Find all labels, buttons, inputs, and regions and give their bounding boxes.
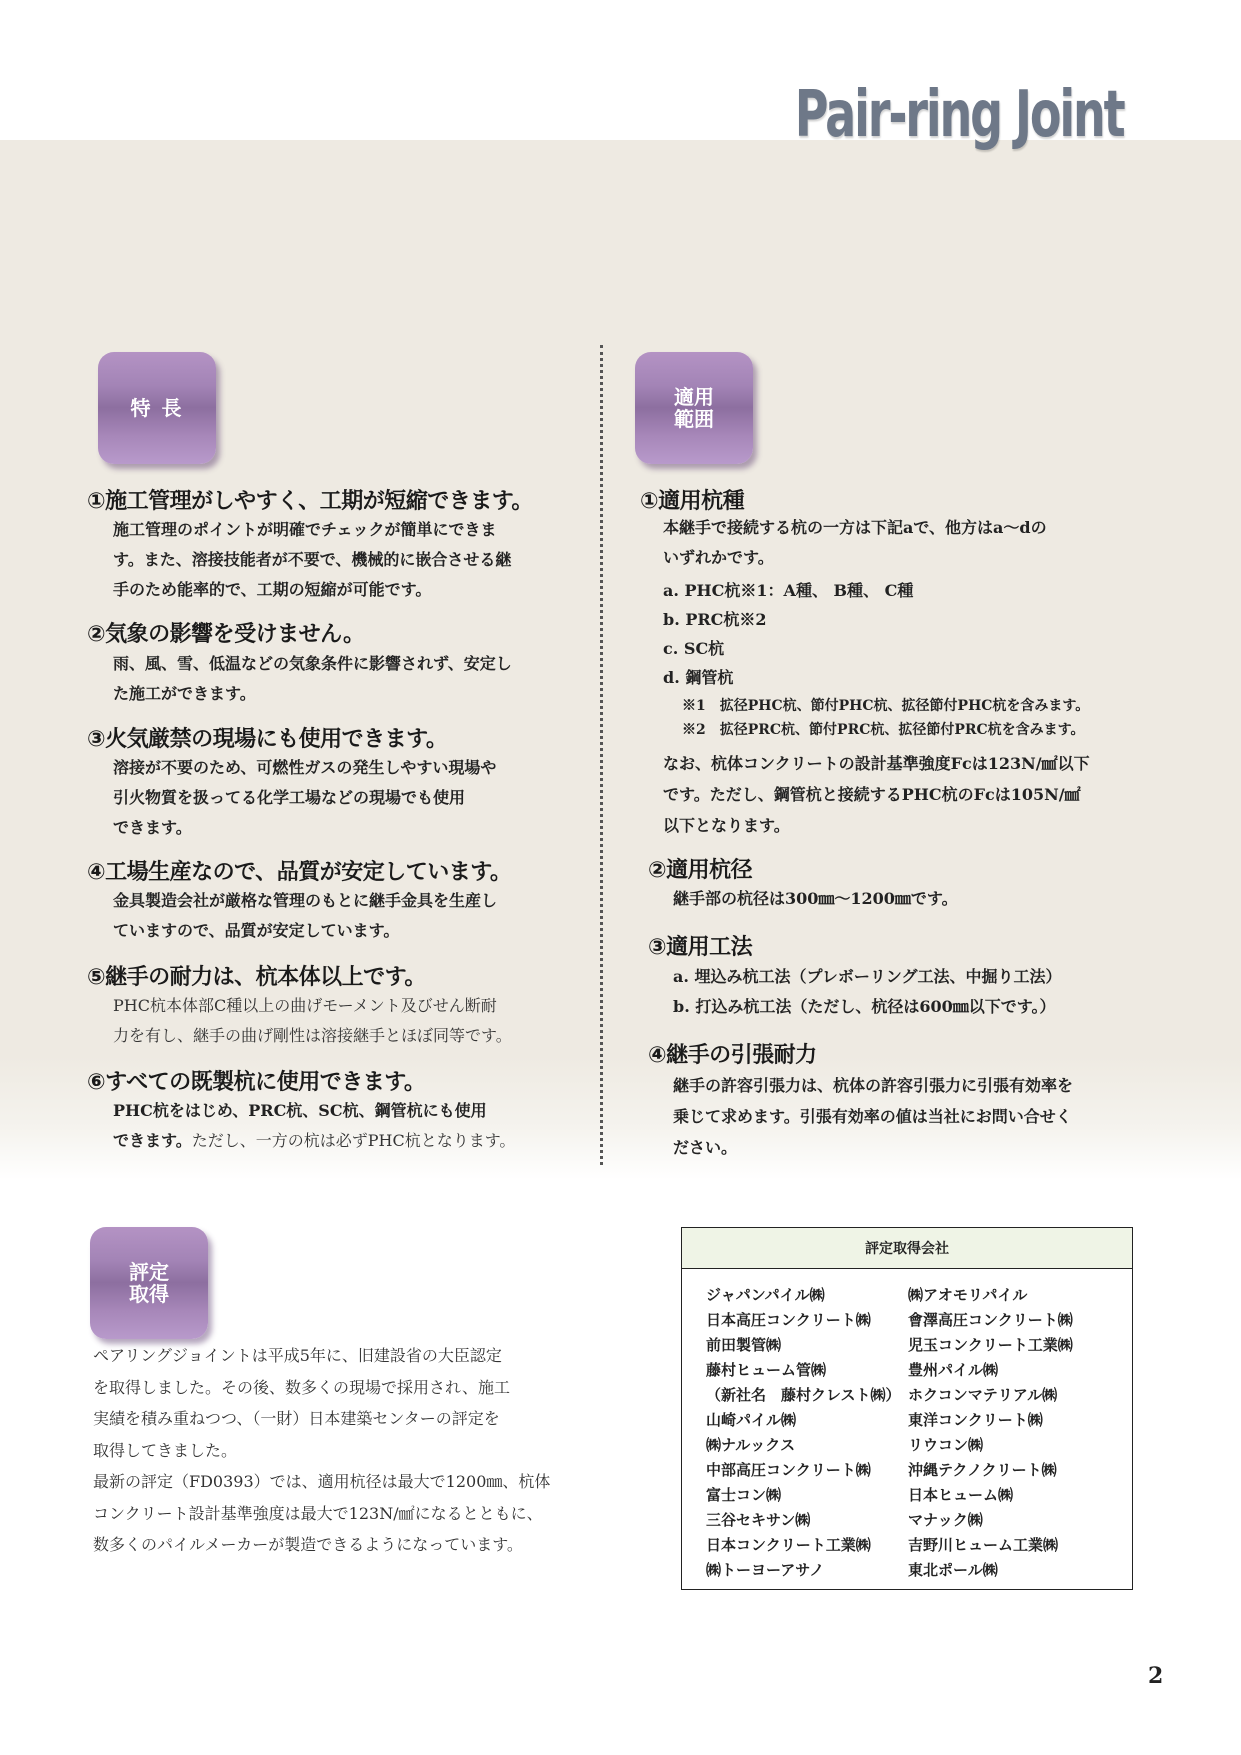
features-badge-label: 特 長 (131, 397, 184, 419)
feature-6-body: PHC杭をはじめ、PRC杭、SC杭、鋼管杭にも使用 できます。ただし、一方の杭は… (113, 1096, 515, 1156)
company-name: ㈱アオモリパイル (908, 1283, 1128, 1308)
column-divider (600, 345, 603, 1165)
methods-body: a. 埋込み杭工法（プレボーリング工法、中掘り工法） b. 打込み杭工法（ただし… (673, 962, 1062, 1022)
feature-1-heading: ①施工管理がしやすく、工期が短縮できます。 (87, 484, 533, 515)
company-name: ジャパンパイル㈱ (706, 1283, 908, 1308)
methods-heading: ③適用工法 (648, 930, 752, 961)
company-name: 東北ポール㈱ (908, 1558, 1128, 1583)
company-name: 児玉コンクリート工業㈱ (908, 1333, 1128, 1358)
company-name: 三谷セキサン㈱ (706, 1508, 908, 1533)
feature-5-heading: ⑤継手の耐力は、杭本体以上です。 (87, 960, 426, 991)
diameter-body: 継手部の杭径は300㎜～1200㎜です。 (673, 884, 958, 914)
company-name: 中部高圧コンクリート㈱ (706, 1458, 908, 1483)
company-name: 日本コンクリート工業㈱ (706, 1533, 908, 1558)
company-name: 會澤高圧コンクリート㈱ (908, 1308, 1128, 1333)
pile-types-outro: なお、杭体コンクリートの設計基準強度Fcは123N/㎟以下 です。ただし、鋼管杭… (663, 748, 1090, 841)
company-name: ホクコンマテリアル㈱ (908, 1383, 1128, 1408)
company-name: 日本高圧コンクリート㈱ (706, 1308, 908, 1333)
company-name: 豊州パイル㈱ (908, 1358, 1128, 1383)
feature-2-body: 雨、風、雪、低温などの気象条件に影響されず、安定し た施工ができます。 (113, 649, 512, 709)
page-number: 2 (1148, 1663, 1163, 1689)
tensile-heading: ④継手の引張耐力 (648, 1038, 817, 1069)
table-header: 評定取得会社 (682, 1228, 1132, 1269)
features-badge: 特 長 (98, 352, 216, 464)
company-name: リウコン㈱ (908, 1433, 1128, 1458)
certification-body: ペアリングジョイントは平成5年に、旧建設省の大臣認定 を取得しました。その後、数… (93, 1340, 593, 1561)
company-name: 沖縄テクノクリート㈱ (908, 1458, 1128, 1483)
certification-badge: 評定 取得 (90, 1227, 208, 1339)
brand-title: Pair-ring Joint (794, 78, 1123, 152)
company-name: 東洋コンクリート㈱ (908, 1408, 1128, 1433)
company-name: 藤村ヒューム管㈱ (706, 1358, 908, 1383)
diameter-heading: ②適用杭径 (648, 853, 752, 884)
company-name: ㈱トーヨーアサノ (706, 1558, 908, 1583)
company-name: 前田製管㈱ (706, 1333, 908, 1358)
pile-types-notes: ※1 拡径PHC杭、節付PHC杭、拡径節付PHC杭を含みます。 ※2 拡径PRC… (682, 694, 1089, 742)
feature-2-heading: ②気象の影響を受けません。 (87, 617, 364, 648)
company-name: 日本ヒューム㈱ (908, 1483, 1128, 1508)
feature-5-body: PHC杭本体部C種以上の曲げモーメント及びせん断耐 力を有し、継手の曲げ剛性は溶… (113, 991, 512, 1051)
company-name: 吉野川ヒューム工業㈱ (908, 1533, 1128, 1558)
feature-3-body: 溶接が不要のため、可燃性ガスの発生しやすい現場や 引火物質を扱ってる化学工場など… (113, 753, 496, 843)
company-name: 山崎パイル㈱ (706, 1408, 908, 1433)
company-name: マナック㈱ (908, 1508, 1128, 1533)
company-name: 富士コン㈱ (706, 1483, 908, 1508)
feature-6-heading: ⑥すべての既製杭に使用できます。 (87, 1065, 425, 1096)
feature-1-body: 施工管理のポイントが明確でチェックが簡単にできま す。また、溶接技能者が不要で、… (113, 515, 511, 605)
pile-types-heading: ①適用杭種 (640, 484, 744, 515)
feature-3-heading: ③火気厳禁の現場にも使用できます。 (87, 722, 447, 753)
feature-4-body: 金具製造会社が厳格な管理のもとに継手金具を生産し ていますので、品質が安定してい… (113, 886, 497, 946)
company-name: （新社名 藤村クレスト㈱） (706, 1383, 908, 1408)
table-body: ジャパンパイル㈱㈱アオモリパイル日本高圧コンクリート㈱會澤高圧コンクリート㈱前田… (682, 1269, 1132, 1583)
pile-types-intro: 本継手で接続する杭の一方は下記aで、他方はa～dの いずれかです。 (663, 513, 1047, 573)
pile-types-list: a. PHC杭※1：A種、 B種、 C種 b. PRC杭※2 c. SC杭 d.… (663, 576, 913, 692)
tensile-body: 継手の許容引張力は、杭体の許容引張力に引張有効率を 乗じて求めます。引張有効率の… (673, 1070, 1073, 1163)
certified-companies-table: 評定取得会社 ジャパンパイル㈱㈱アオモリパイル日本高圧コンクリート㈱會澤高圧コン… (681, 1227, 1133, 1590)
company-name: ㈱ナルックス (706, 1433, 908, 1458)
scope-badge: 適用 範囲 (635, 352, 753, 464)
feature-4-heading: ④工場生産なので、品質が安定しています。 (87, 855, 511, 886)
